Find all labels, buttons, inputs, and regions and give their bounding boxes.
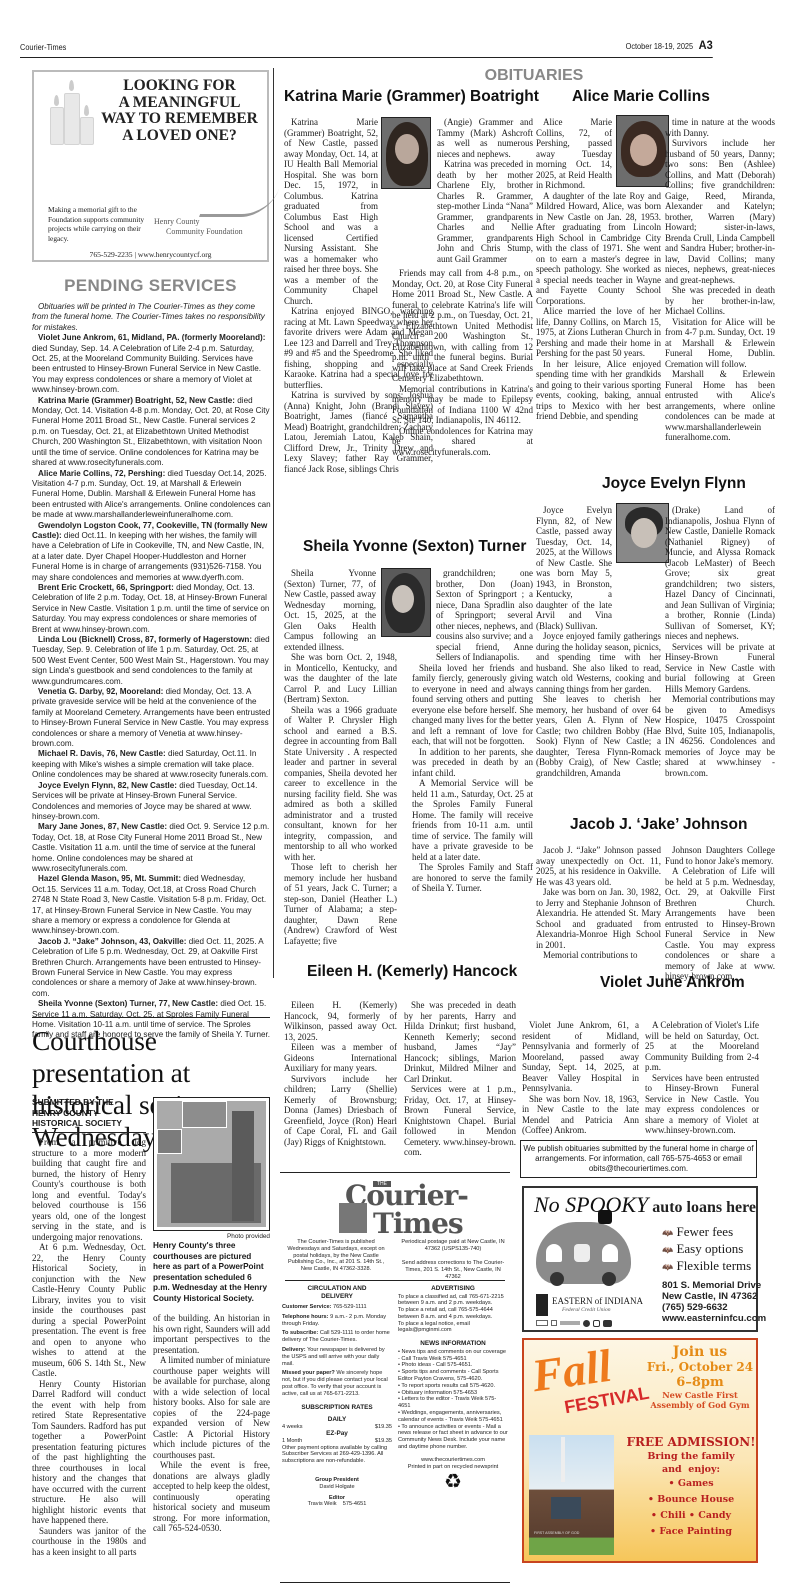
ad-bullet: 🦇 Fewer fees xyxy=(662,1224,751,1241)
paper-name: Courier-Times xyxy=(20,43,66,52)
story-byline: SUBMITTED BY THEHENRY COUNTYHISTORICAL S… xyxy=(32,1097,146,1133)
obit-jacob-col1: Jacob J. “Jake” Johnson passed away unex… xyxy=(536,845,661,961)
ad-bullet: 🦇 Flexible terms xyxy=(662,1258,751,1275)
photo-caption: Photo provided Henry County's three cour… xyxy=(153,1233,270,1304)
pending-item: Violet June Ankrom, 61, Midland, PA. (fo… xyxy=(32,333,271,395)
recycle-icon: ♻ xyxy=(398,1470,508,1494)
courthouse-icon xyxy=(339,1203,367,1233)
pending-item: Michael R. Davis, 76, New Castle: died S… xyxy=(32,749,271,780)
instagram-icon xyxy=(593,1320,600,1327)
obit-heading-sheila: Sheila Yvonne (Sexton) Turner xyxy=(303,538,526,556)
credit-union-ad[interactable]: No SPOOKY auto loans here 🦇 Fewer fees 🦇… xyxy=(522,1186,758,1332)
obit-heading-violet: Violet June Ankrom xyxy=(600,974,745,992)
credit-union-website[interactable]: www.easterninfcu.com xyxy=(662,1313,766,1324)
obit-heading-jacob: Jacob J. ‘Jake’ Johnson xyxy=(570,816,747,834)
pending-item: Brent Eric Crockett, 66, Springport: die… xyxy=(32,583,271,635)
swoosh-icon xyxy=(199,189,279,217)
church-photo: FIRST ASSEMBLY OF GOD xyxy=(529,1435,614,1555)
youtube-icon xyxy=(603,1320,612,1327)
pending-intro: Obituaries will be printed in The Courie… xyxy=(32,302,271,333)
obit-sheila-col2: grandchildren; one brother, Don (Joan) S… xyxy=(412,568,533,894)
pumpkin-bus-icon xyxy=(536,1222,631,1284)
obit-alice-col2: time in nature at the woods with Danny. … xyxy=(665,117,775,443)
hccf-logo: Henry County Community Foundation xyxy=(154,217,243,237)
pending-services-list: Obituaries will be printed in The Courie… xyxy=(32,302,271,1041)
page-number: A3 xyxy=(699,38,713,52)
obit-heading-eileen: Eileen H. (Kemerly) Hancock xyxy=(307,963,517,981)
courier-times-info-box: THE Courier- Times The Courier-Times is … xyxy=(280,1172,510,1583)
pending-item: Venetia G. Darby, 92, Mooreland: died Mo… xyxy=(32,687,271,749)
ad-bullet: 🦇 Easy options xyxy=(662,1241,751,1258)
courthouse-photo xyxy=(153,1097,270,1231)
obit-joyce-col2: (Drake) Land of Indianapolis, Joshua Fly… xyxy=(665,505,775,778)
bat-icon: 🦇 xyxy=(662,1228,673,1238)
bat-icon: 🦇 xyxy=(662,1245,673,1255)
obit-violet-col2: A Celebration of Violet's Life will be h… xyxy=(645,1020,759,1136)
obit-eileen-col1: Eileen H. (Kemerly) Hancock, 94, formerl… xyxy=(284,1000,397,1147)
story-divider xyxy=(32,1017,270,1018)
photo-credit: Photo provided xyxy=(153,1233,270,1241)
fall-event-details: Join us Fri., October 24 6–8pm New Castl… xyxy=(646,1344,754,1410)
candles-icon xyxy=(46,80,100,145)
obit-eileen-col2: She was preceded in death by her parents… xyxy=(404,1000,516,1158)
obit-katrina-col2: (Angie) Grammer and Tammy (Mark) Ashcrof… xyxy=(437,117,533,264)
obituaries-section-title: OBITUARIES xyxy=(284,67,784,85)
obit-heading-alice: Alice Marie Collins xyxy=(572,88,710,106)
facebook-icon xyxy=(583,1320,590,1327)
memorial-ad[interactable]: LOOKING FOR A MEANINGFUL WAY TO REMEMBER… xyxy=(32,70,269,262)
obit-submission-notice: We publish obituaries submitted by the f… xyxy=(520,1140,757,1178)
obit-violet-col1: Violet June Ankrom, 61, a resident of Mi… xyxy=(522,1020,639,1136)
memorial-ad-contact[interactable]: 765-529-2235 | www.henrycountycf.org xyxy=(34,250,267,259)
memorial-ad-body: Making a memorial gift to the Foundation… xyxy=(48,205,148,243)
pending-item: Gwendolyn Logston Cook, 77, Cookeville, … xyxy=(32,521,271,583)
obit-sheila-col1: Sheila Yvonne (Sexton) Turner, 77, of Ne… xyxy=(284,568,397,946)
obit-katrina-col2-cont: Friends may call from 4-8 p.m., on Monda… xyxy=(392,268,533,457)
obit-heading-katrina: Katrina Marie (Grammer) Boatright xyxy=(284,88,539,106)
memorial-ad-headline: LOOKING FOR A MEANINGFUL WAY TO REMEMBER… xyxy=(98,78,261,144)
obit-jacob-col2: Johnson Daughters College Fund to honor … xyxy=(665,845,775,982)
obit-joyce-col1: Joyce Evelyn Flynn, 82, of New Castle, p… xyxy=(536,505,661,778)
pending-item: Alice Marie Collins, 72, Pershing: died … xyxy=(32,469,271,521)
pending-item: Mary Jane Jones, 87, New Castle: died Oc… xyxy=(32,822,271,874)
fall-festival-ad[interactable]: Fall FESTIVAL Join us Fri., October 24 6… xyxy=(522,1338,758,1563)
website-link[interactable]: www.thecouriertimes.com xyxy=(398,1457,508,1464)
pending-item: Linda Lou (Bicknell) Cross, 87, formerly… xyxy=(32,635,271,687)
pending-item: Jacob J. “Jake” Johnson, 43, Oakville: d… xyxy=(32,937,271,999)
page-masthead: Courier-Times October 18-19, 2025A3 xyxy=(20,36,713,58)
bat-icon: 🦇 xyxy=(662,1262,673,1272)
pending-item: Joyce Evelyn Flynn, 82, New Castle: died… xyxy=(32,781,271,823)
issue-date-and-page: October 18-19, 2025A3 xyxy=(626,38,713,52)
story-col1: From a primitive log structure to a more… xyxy=(32,1137,146,1557)
obit-heading-joyce: Joyce Evelyn Flynn xyxy=(602,475,746,493)
pending-services-title: PENDING SERVICES xyxy=(32,276,269,296)
courier-times-logo: THE Courier- Times xyxy=(335,1181,465,1233)
fall-activities: FREE ADMISSION! Bring the family and enj… xyxy=(624,1434,758,1540)
pending-item: Katrina Marie (Grammer) Boatright, 52, N… xyxy=(32,396,271,469)
obit-alice-col1: Alice Marie Collins, 72, of Pershing, pa… xyxy=(536,117,661,422)
pending-item: Hazel Glenda Mason, 95, Mt. Summit: died… xyxy=(32,874,271,936)
issue-date: October 18-19, 2025 xyxy=(626,42,694,51)
story-col2: of the building. An historian in his own… xyxy=(153,1313,270,1534)
column-divider xyxy=(273,68,274,978)
